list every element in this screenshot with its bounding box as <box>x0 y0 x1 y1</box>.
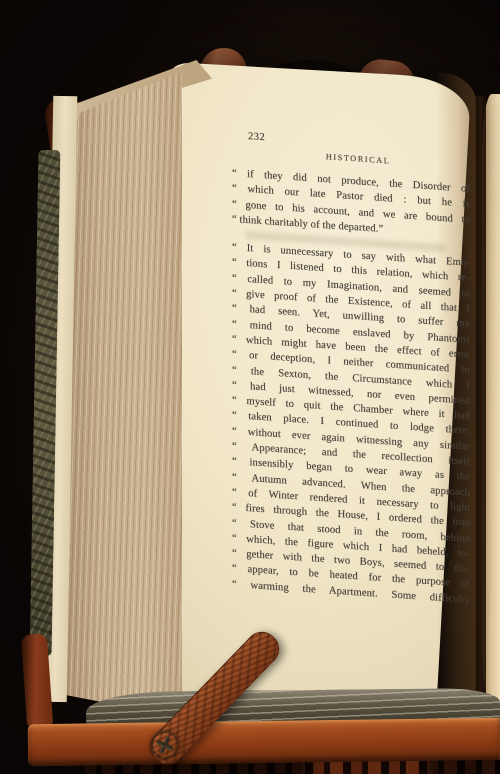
book-photograph-scene: 232 HISTORICAL “ if they did not produce… <box>0 0 500 774</box>
printed-page-text: 232 HISTORICAL “ if they did not produce… <box>232 128 470 608</box>
page-number: 232 <box>248 129 265 145</box>
stand-ledge-rail <box>28 718 500 767</box>
running-header: HISTORICAL <box>326 149 391 169</box>
page-gutter-gap <box>473 96 486 704</box>
phillips-screw-head <box>151 731 179 759</box>
